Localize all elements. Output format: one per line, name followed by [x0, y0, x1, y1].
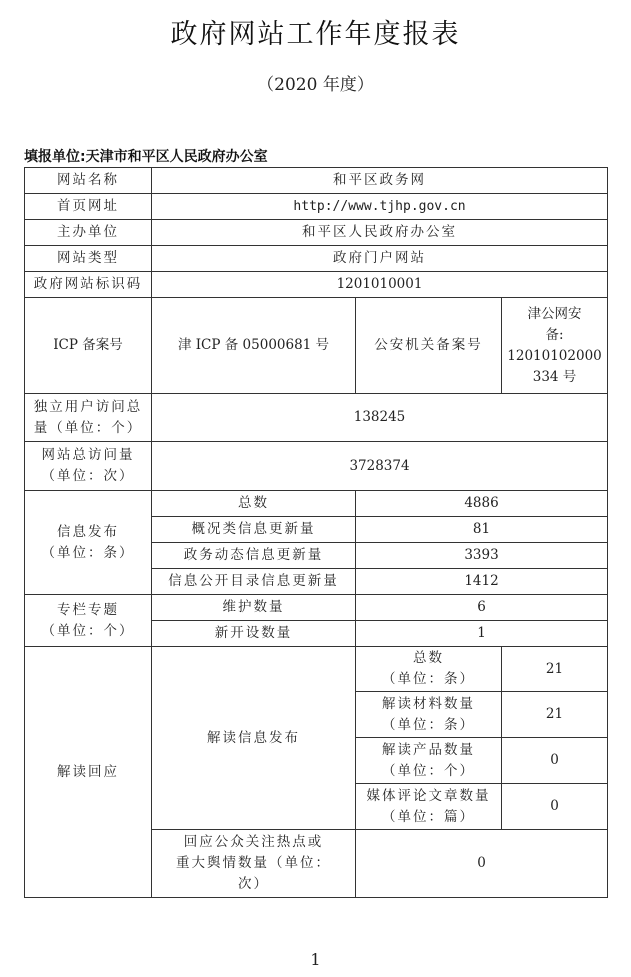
page-title: 政府网站工作年度报表: [0, 12, 631, 51]
label-icp: ICP 备案号: [25, 298, 152, 394]
label-line: 解读材料数量: [358, 694, 499, 715]
label-homepage-url: 首页网址: [25, 194, 152, 220]
label-site-name: 网站名称: [25, 168, 152, 194]
label-line: 总数: [358, 648, 499, 669]
value-site-name: 和平区政务网: [152, 168, 608, 194]
label-line: 量（单位：个）: [27, 418, 149, 439]
info-row-value: 1412: [356, 569, 608, 595]
table-row-total-visits: 网站总访问量 （单位：次） 3728374: [25, 442, 608, 491]
label-interpretation: 解读回应: [25, 647, 152, 898]
info-row-label: 总数: [152, 491, 356, 517]
label-line: （单位：条）: [27, 543, 149, 564]
value-total-visits: 3728374: [152, 442, 608, 491]
columns-row-label: 新开设数量: [152, 621, 356, 647]
label-site-id-code: 政府网站标识码: [25, 272, 152, 298]
label-line: 专栏专题: [27, 600, 149, 621]
label-site-type: 网站类型: [25, 246, 152, 272]
table-row-info-total: 信息发布 （单位：条） 总数 4886: [25, 491, 608, 517]
label-interpretation-publish: 解读信息发布: [152, 647, 356, 830]
label-line: 媒体评论文章数量: [358, 786, 499, 807]
columns-row-value: 1: [356, 621, 608, 647]
interp-row-value: 21: [502, 647, 608, 692]
table-row-site-type: 网站类型 政府门户网站: [25, 246, 608, 272]
label-total-visits: 网站总访问量 （单位：次）: [25, 442, 152, 491]
police-line-1: 津公网安: [504, 304, 605, 325]
info-row-label: 概况类信息更新量: [152, 517, 356, 543]
label-line: 解读产品数量: [358, 740, 499, 761]
report-table: 网站名称 和平区政务网 首页网址 http://www.tjhp.gov.cn …: [24, 167, 608, 898]
label-line: 回应公众关注热点或: [154, 832, 353, 853]
label-line: （单位：次）: [27, 466, 149, 487]
table-row-site-id: 政府网站标识码 1201010001: [25, 272, 608, 298]
police-line-3: 12010102000: [504, 346, 605, 367]
value-homepage-url: http://www.tjhp.gov.cn: [152, 194, 608, 220]
label-line: 次）: [154, 874, 353, 895]
report-year: （2020 年度）: [0, 70, 631, 95]
interp-row-value: 21: [502, 692, 608, 738]
value-police-record: 津公网安 备: 12010102000 334 号: [502, 298, 608, 394]
label-line: （单位：篇）: [358, 807, 499, 828]
label-sponsor: 主办单位: [25, 220, 152, 246]
interp-row-value: 0: [502, 784, 608, 830]
police-line-4: 334 号: [504, 367, 605, 388]
table-row-site-name: 网站名称 和平区政务网: [25, 168, 608, 194]
table-row-icp: ICP 备案号 津 ICP 备 05000681 号 公安机关备案号 津公网安 …: [25, 298, 608, 394]
table-row-interp-total: 解读回应 解读信息发布 总数 （单位：条） 21: [25, 647, 608, 692]
info-row-value: 3393: [356, 543, 608, 569]
label-line: （单位：个）: [358, 761, 499, 782]
label-line: （单位：条）: [358, 715, 499, 736]
value-unique-visitors: 138245: [152, 394, 608, 442]
info-row-value: 81: [356, 517, 608, 543]
label-unique-visitors: 独立用户访问总 量（单位：个）: [25, 394, 152, 442]
value-site-id-code: 1201010001: [152, 272, 608, 298]
police-line-2: 备:: [504, 325, 605, 346]
label-line: 信息发布: [27, 522, 149, 543]
value-sponsor: 和平区人民政府办公室: [152, 220, 608, 246]
columns-row-label: 维护数量: [152, 595, 356, 621]
interp-row-label: 解读产品数量 （单位：个）: [356, 738, 502, 784]
info-row-value: 4886: [356, 491, 608, 517]
table-row-sponsor: 主办单位 和平区人民政府办公室: [25, 220, 608, 246]
interp-row-value: 0: [502, 738, 608, 784]
label-public-response: 回应公众关注热点或 重大舆情数量（单位： 次）: [152, 830, 356, 898]
label-line: 网站总访问量: [27, 445, 149, 466]
label-columns: 专栏专题 （单位：个）: [25, 595, 152, 647]
table-row-unique-visitors: 独立用户访问总 量（单位：个） 138245: [25, 394, 608, 442]
label-police-record: 公安机关备案号: [356, 298, 502, 394]
interp-row-label: 总数 （单位：条）: [356, 647, 502, 692]
value-icp: 津 ICP 备 05000681 号: [152, 298, 356, 394]
columns-row-value: 6: [356, 595, 608, 621]
table-row-homepage: 首页网址 http://www.tjhp.gov.cn: [25, 194, 608, 220]
label-line: 重大舆情数量（单位：: [154, 853, 353, 874]
info-row-label: 政务动态信息更新量: [152, 543, 356, 569]
label-info-publish: 信息发布 （单位：条）: [25, 491, 152, 595]
label-line: 独立用户访问总: [27, 397, 149, 418]
page-number: 1: [0, 950, 631, 969]
label-line: （单位：条）: [358, 669, 499, 690]
value-site-type: 政府门户网站: [152, 246, 608, 272]
reporting-unit: 填报单位:天津市和平区人民政府办公室: [24, 146, 268, 166]
interp-row-label: 媒体评论文章数量 （单位：篇）: [356, 784, 502, 830]
interp-row-label: 解读材料数量 （单位：条）: [356, 692, 502, 738]
value-public-response: 0: [356, 830, 608, 898]
info-row-label: 信息公开目录信息更新量: [152, 569, 356, 595]
table-row-columns-maintained: 专栏专题 （单位：个） 维护数量 6: [25, 595, 608, 621]
label-line: （单位：个）: [27, 621, 149, 642]
